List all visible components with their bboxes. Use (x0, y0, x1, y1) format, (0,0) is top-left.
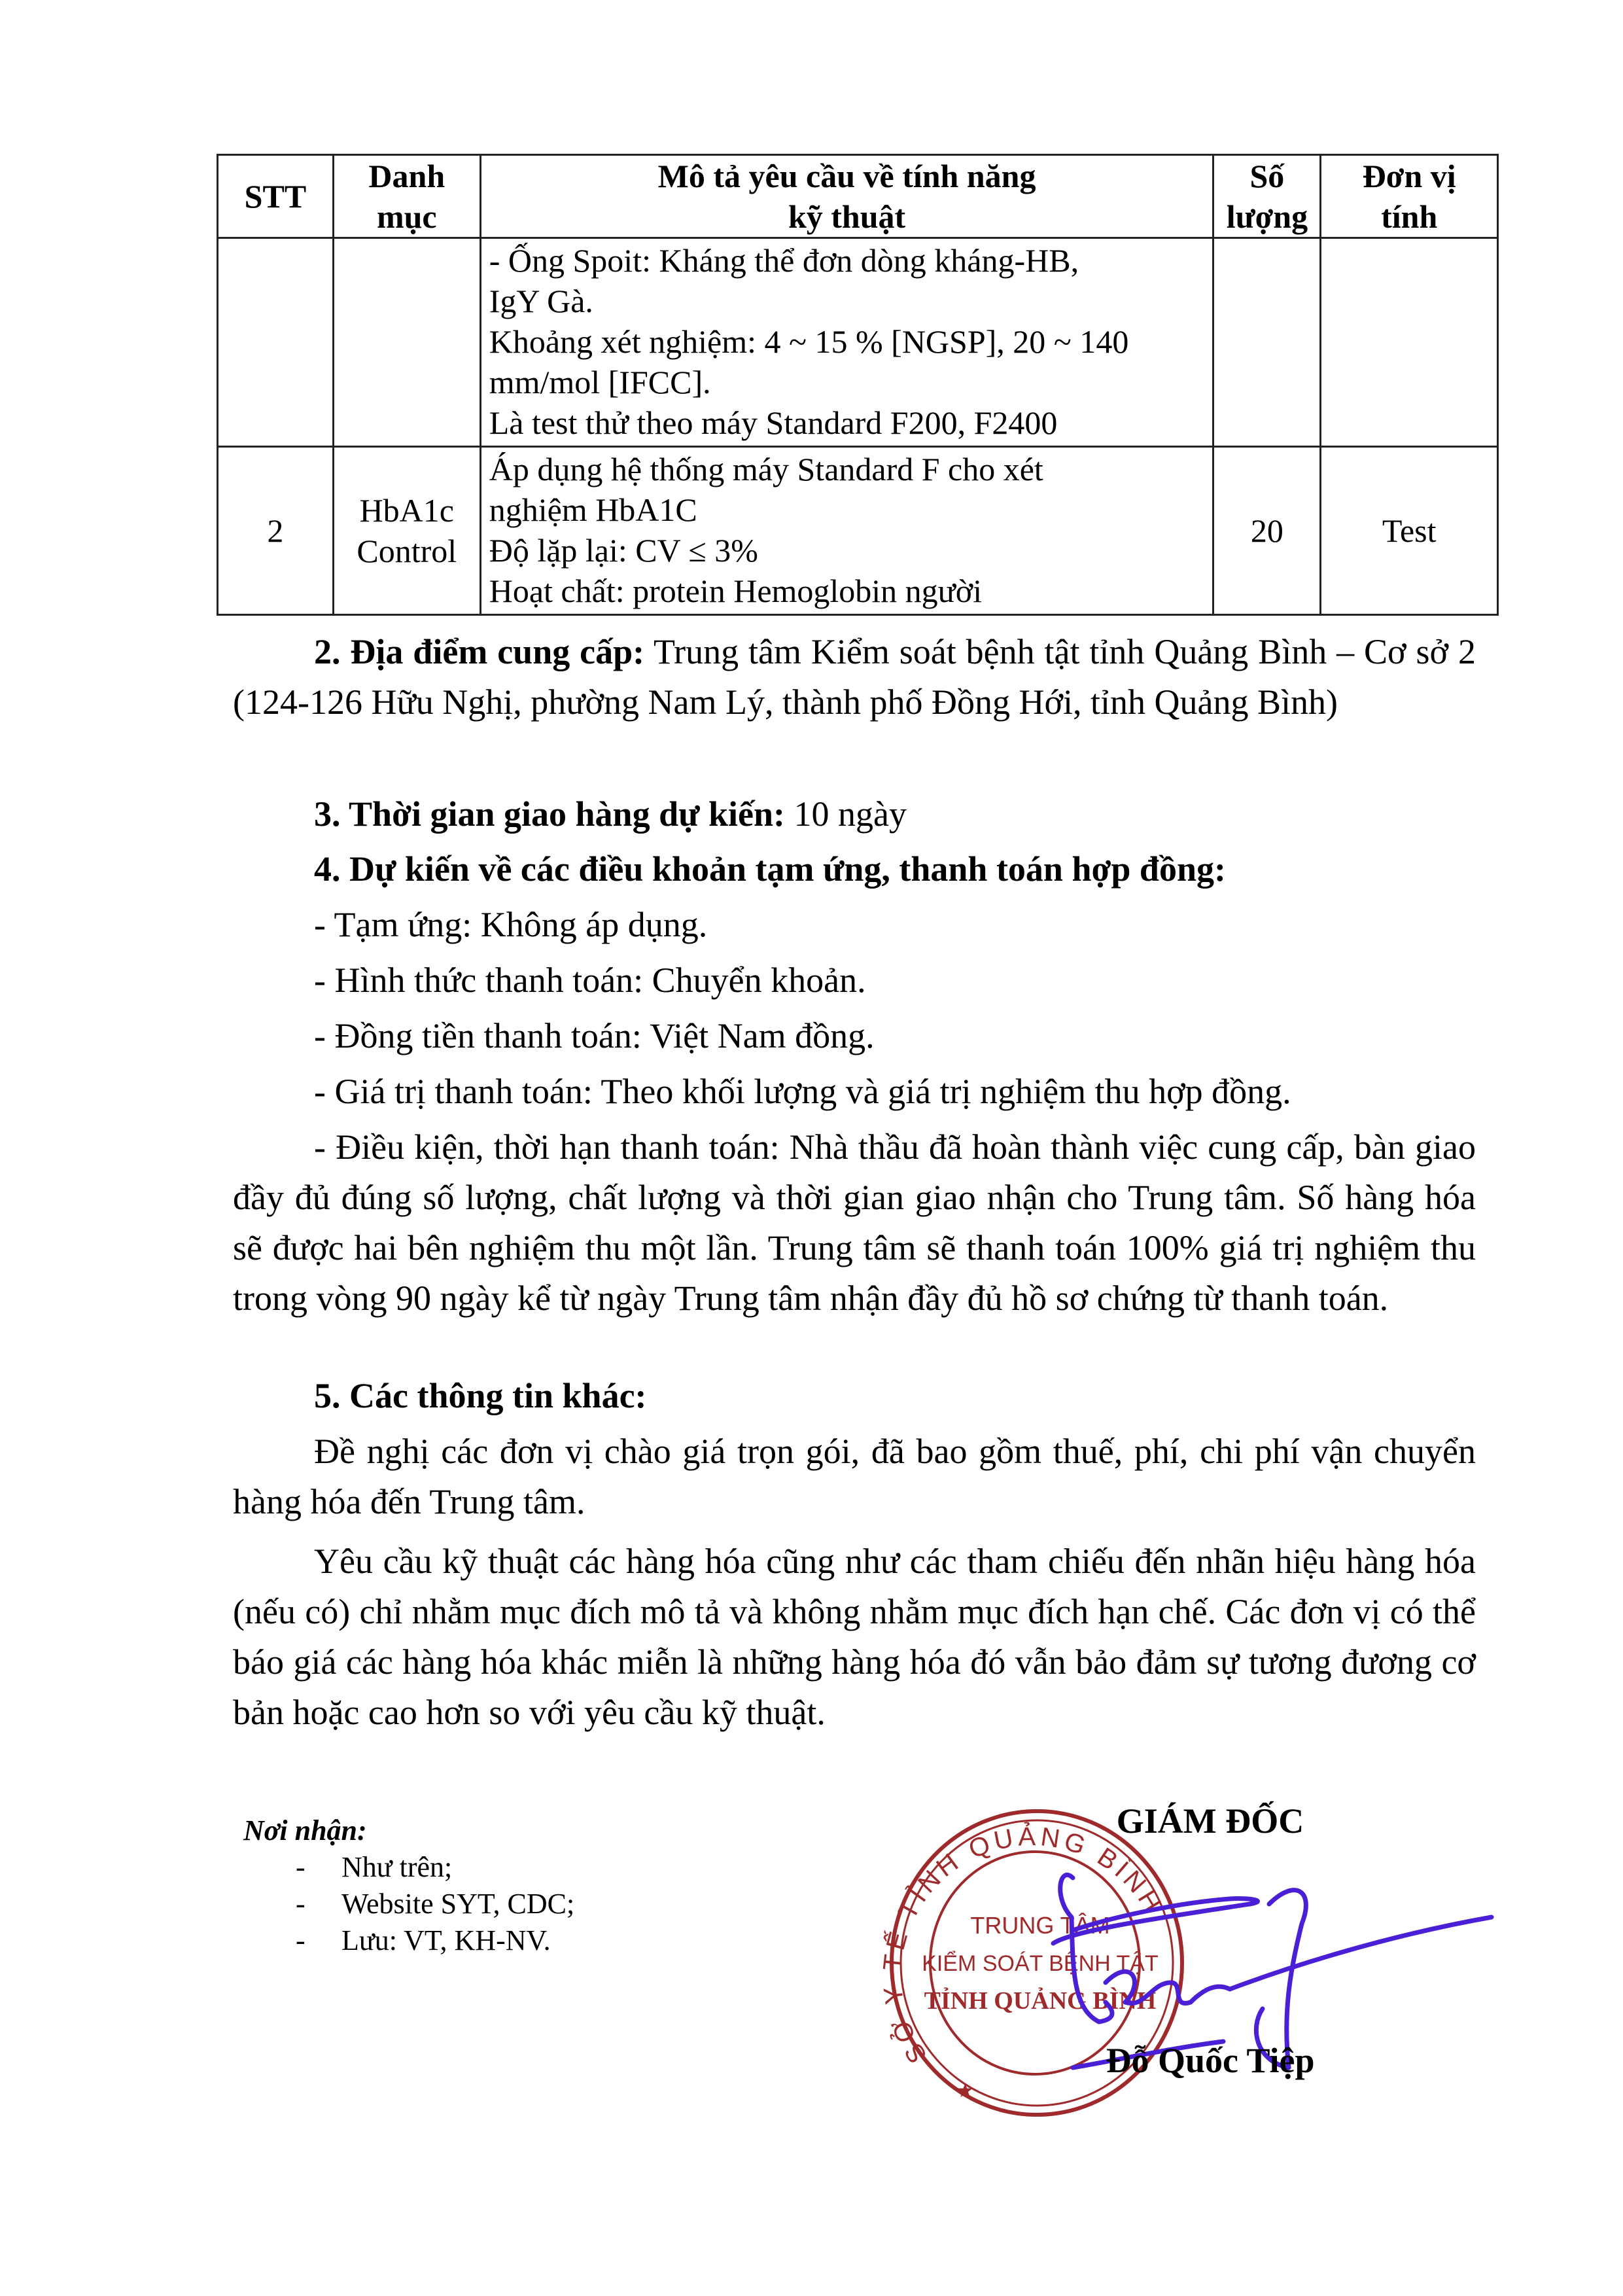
section-payment-terms: 4. Dự kiến về các điều khoản tạm ứng, th… (233, 844, 1476, 1324)
paragraph: Yêu cầu kỹ thuật các hàng hóa cũng như c… (233, 1536, 1476, 1738)
cell-description: - Ống Spoit: Kháng thể đơn dòng kháng-HB… (480, 238, 1213, 447)
paragraph: Đề nghị các đơn vị chào giá trọn gói, đã… (233, 1426, 1476, 1527)
cell-stt (218, 238, 334, 447)
cell-quantity (1213, 238, 1321, 447)
recipients-title: Nơi nhận: (243, 1812, 574, 1849)
header-quantity: Số lượng (1213, 155, 1321, 238)
cell-unit (1321, 238, 1498, 447)
table-row: 2 HbA1c Control Áp dụng hệ thống máy Sta… (218, 447, 1498, 615)
section-other-info: 5. Các thông tin khác: Đề nghị các đơn v… (233, 1371, 1476, 1738)
list-item: - Tạm ứng: Không áp dụng. (233, 900, 1476, 950)
section-delivery-time: 3. Thời gian giao hàng dự kiến: 10 ngày (233, 789, 1476, 839)
header-unit: Đơn vị tính (1321, 155, 1498, 238)
header-description: Mô tả yêu cầu về tính năng kỹ thuật (480, 155, 1213, 238)
recipient-item: - Như trên; (243, 1849, 574, 1886)
cell-stt: 2 (218, 447, 334, 615)
list-item: - Hình thức thanh toán: Chuyển khoản. (233, 955, 1476, 1006)
header-stt: STT (218, 155, 334, 238)
cell-quantity: 20 (1213, 447, 1321, 615)
handwritten-signature-icon (1034, 1852, 1505, 2127)
list-item: - Giá trị thanh toán: Theo khối lượng và… (233, 1067, 1476, 1117)
spec-table: STT Danh mục Mô tả yêu cầu về tính năng … (217, 154, 1499, 616)
svg-text:★: ★ (956, 2080, 974, 2102)
list-item: - Đồng tiền thanh toán: Việt Nam đồng. (233, 1011, 1476, 1061)
cell-unit: Test (1321, 447, 1498, 615)
section-heading: 3. Thời gian giao hàng dự kiến: (314, 794, 785, 834)
recipients-block: Nơi nhận: - Như trên; - Website SYT, CDC… (243, 1812, 574, 1959)
recipient-item: - Website SYT, CDC; (243, 1886, 574, 1922)
section-delivery-location: 2. Địa điểm cung cấp: Trung tâm Kiểm soá… (233, 627, 1476, 728)
cell-description: Áp dụng hệ thống máy Standard F cho xét … (480, 447, 1213, 615)
section-heading: 2. Địa điểm cung cấp: (314, 632, 644, 671)
header-category: Danh mục (333, 155, 480, 238)
cell-category (333, 238, 480, 447)
table-header-row: STT Danh mục Mô tả yêu cầu về tính năng … (218, 155, 1498, 238)
section-heading: 5. Các thông tin khác: (314, 1376, 647, 1415)
document-page: STT Danh mục Mô tả yêu cầu về tính năng … (0, 0, 1623, 2296)
list-item: - Điều kiện, thời hạn thanh toán: Nhà th… (233, 1122, 1476, 1324)
table-row: - Ống Spoit: Kháng thể đơn dòng kháng-HB… (218, 238, 1498, 447)
cell-category: HbA1c Control (333, 447, 480, 615)
signer-name: Đỗ Quốc Tiệp (981, 2040, 1439, 2081)
section-heading: 4. Dự kiến về các điều khoản tạm ứng, th… (314, 849, 1226, 889)
recipient-item: - Lưu: VT, KH-NV. (243, 1922, 574, 1959)
